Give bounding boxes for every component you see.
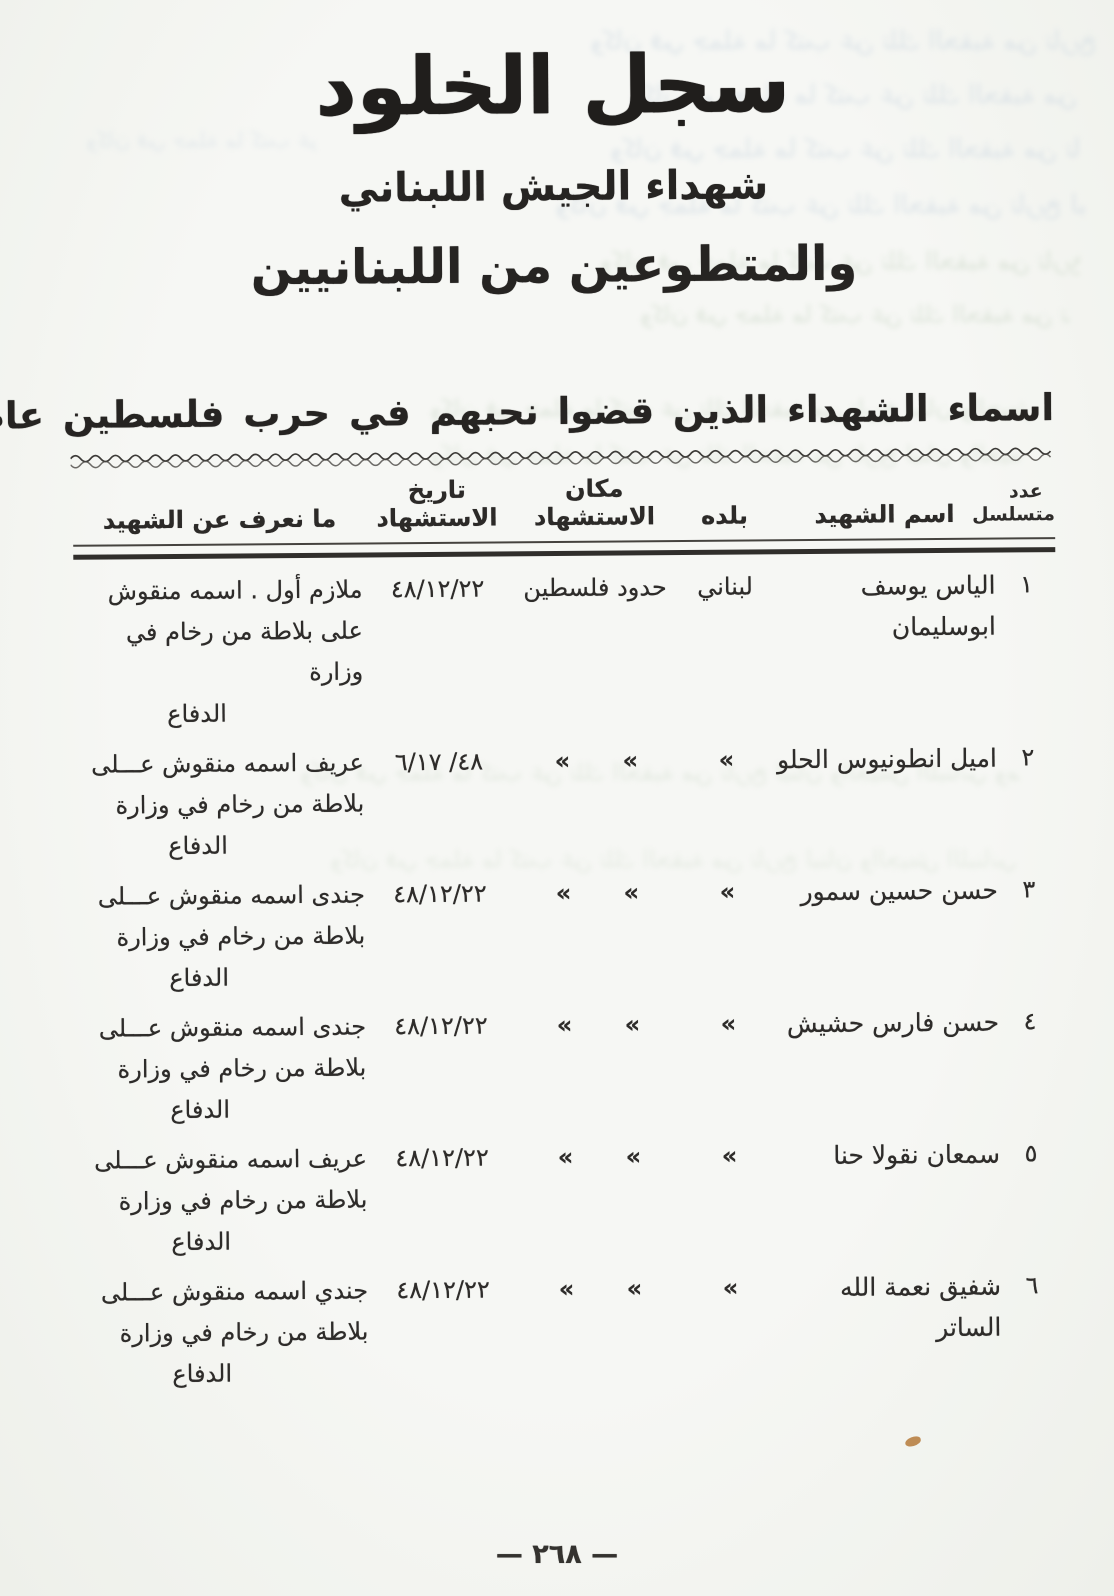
header-serial-line2: متسلسل	[997, 503, 1055, 527]
stain-mark	[904, 1435, 922, 1448]
info-line: بلاطة من رخام في وزارة	[86, 916, 365, 959]
serial-number: ٥	[1002, 1133, 1060, 1174]
date-value: ٤٨/ ٦/١٧	[364, 741, 514, 783]
serial-number: ٤	[1001, 1001, 1059, 1042]
header-serial: عدد متسلسل	[997, 480, 1055, 528]
section-heading-1948: اسماء الشهداء الذين قضوا نحبهم في حرب فل…	[76, 386, 1054, 437]
header-info: ما نعرف عن الشهيد	[77, 505, 362, 535]
martyr-name: حسن فارس حشيش	[776, 1002, 1001, 1045]
table-header-row: عدد متسلسل اسم الشهيد بلده مكان الاستشها…	[77, 471, 1055, 543]
subtitle-volunteers: والمتطوعين من اللبنانيين	[0, 234, 1111, 299]
martyr-name: حسن حسين سمور	[775, 870, 1000, 913]
date-value: ٤٨/١٢/٢٢	[367, 1137, 517, 1179]
info-line: الدفاع	[90, 1353, 369, 1396]
town-ditto: »	[681, 1003, 776, 1045]
info-cell: جندى اسمه منقوش عـــلى بلاطة من رخام في …	[80, 875, 366, 1000]
info-line: عريف اسمه منقوش عـــلى	[85, 743, 364, 786]
town-ditto: »	[680, 871, 775, 913]
place-ditto: » »	[517, 1136, 682, 1178]
date-value: ٤٨/١٢/٢٢	[362, 568, 512, 610]
page-number: — ٢٦٨ —	[0, 1539, 1114, 1570]
info-line: على بلاطة من رخام في وزارة	[84, 611, 364, 695]
info-line: بلاطة من رخام في وزارة	[89, 1312, 368, 1355]
place-ditto: » »	[518, 1268, 683, 1310]
wavy-divider	[70, 445, 1054, 469]
place-value: حدود فلسطين	[512, 567, 677, 609]
table-row: ٥ سمعان نقولا حنا » » » ٤٨/١٢/٢٢ عريف اس…	[82, 1133, 1061, 1264]
info-line: الدفاع	[84, 693, 363, 736]
info-cell: جندى اسمه منقوش عـــلى بلاطة من رخام في …	[81, 1007, 367, 1132]
martyrs-table: ١ الياس يوسف ابوسليمان لبناني حدود فلسطي…	[77, 564, 1061, 1396]
town-ditto: »	[683, 1267, 778, 1309]
info-cell: جندي اسمه منقوش عـــلى بلاطة من رخام في …	[83, 1271, 369, 1396]
info-cell: عريف اسمه منقوش عـــلى بلاطة من رخام في …	[82, 1139, 368, 1264]
martyr-name: سمعان نقولا حنا	[777, 1134, 1002, 1177]
table-row: ٤ حسن فارس حشيش » » » ٤٨/١٢/٢٢ جندى اسمه…	[81, 1001, 1060, 1132]
header-serial-line1: عدد	[997, 480, 1055, 504]
date-value: ٤٨/١٢/٢٢	[368, 1269, 518, 1311]
header-town: بلده	[677, 501, 772, 530]
info-line: الدفاع	[89, 1221, 368, 1264]
info-line: ملازم أول . اسمه منقوش	[83, 570, 362, 613]
town-ditto: »	[679, 739, 774, 781]
info-line: بلاطة من رخام في وزارة	[85, 784, 364, 827]
serial-number: ٣	[1000, 869, 1058, 910]
header-place: مكان الاستشهاد	[512, 474, 677, 531]
place-ditto: » »	[516, 1004, 681, 1046]
info-line: جندى اسمه منقوش عـــلى	[86, 875, 365, 918]
info-line: الدفاع	[86, 957, 365, 1000]
info-line: جندي اسمه منقوش عـــلى	[89, 1271, 368, 1314]
martyr-name: شفيق نعمة الله الساتر	[778, 1266, 1004, 1350]
header-date: تاريخ الاستشهاد	[362, 475, 512, 532]
martyr-name: اميل انطونيوس الحلو	[774, 738, 999, 781]
info-line: بلاطة من رخام في وزارة	[87, 1048, 366, 1091]
table-row: ٣ حسن حسين سمور » » » ٤٨/١٢/٢٢ جندى اسمه…	[80, 869, 1059, 1000]
info-line: الدفاع	[85, 825, 364, 868]
town-value: لبناني	[677, 566, 772, 608]
info-line: الدفاع	[87, 1089, 366, 1132]
serial-number: ٦	[1003, 1265, 1061, 1306]
info-line: عريف اسمه منقوش عـــلى	[88, 1139, 367, 1182]
scanned-page: وكان في جملة ما كتب عن تلك الحقبة من تار…	[0, 0, 1114, 1596]
date-value: ٤٨/١٢/٢٢	[365, 873, 515, 915]
header-martyr-name: اسم الشهيد	[772, 500, 997, 530]
table-row: ٦ شفيق نعمة الله الساتر » » » ٤٨/١٢/٢٢ ج…	[83, 1265, 1062, 1396]
serial-number: ٢	[999, 737, 1057, 778]
date-value: ٤٨/١٢/٢٢	[366, 1005, 516, 1047]
table-row: ١ الياس يوسف ابوسليمان لبناني حدود فلسطي…	[77, 564, 1056, 736]
info-cell: ملازم أول . اسمه منقوش على بلاطة من رخام…	[77, 570, 363, 736]
book-title: سجل الخلود	[0, 30, 1110, 143]
info-line: جندى اسمه منقوش عـــلى	[87, 1007, 366, 1050]
table-row: ٢ اميل انطونيوس الحلو » » » ٤٨/ ٦/١٧ عري…	[79, 737, 1058, 868]
info-cell: عريف اسمه منقوش عـــلى بلاطة من رخام في …	[79, 743, 365, 868]
serial-number: ١	[997, 564, 1055, 605]
place-ditto: » »	[514, 740, 679, 782]
subtitle-army-martyrs: شهداء الجيش اللبناني	[0, 160, 1111, 215]
town-ditto: »	[682, 1135, 777, 1177]
place-ditto: » »	[515, 872, 680, 914]
martyr-name: الياس يوسف ابوسليمان	[772, 565, 998, 649]
info-line: بلاطة من رخام في وزارة	[88, 1180, 367, 1223]
